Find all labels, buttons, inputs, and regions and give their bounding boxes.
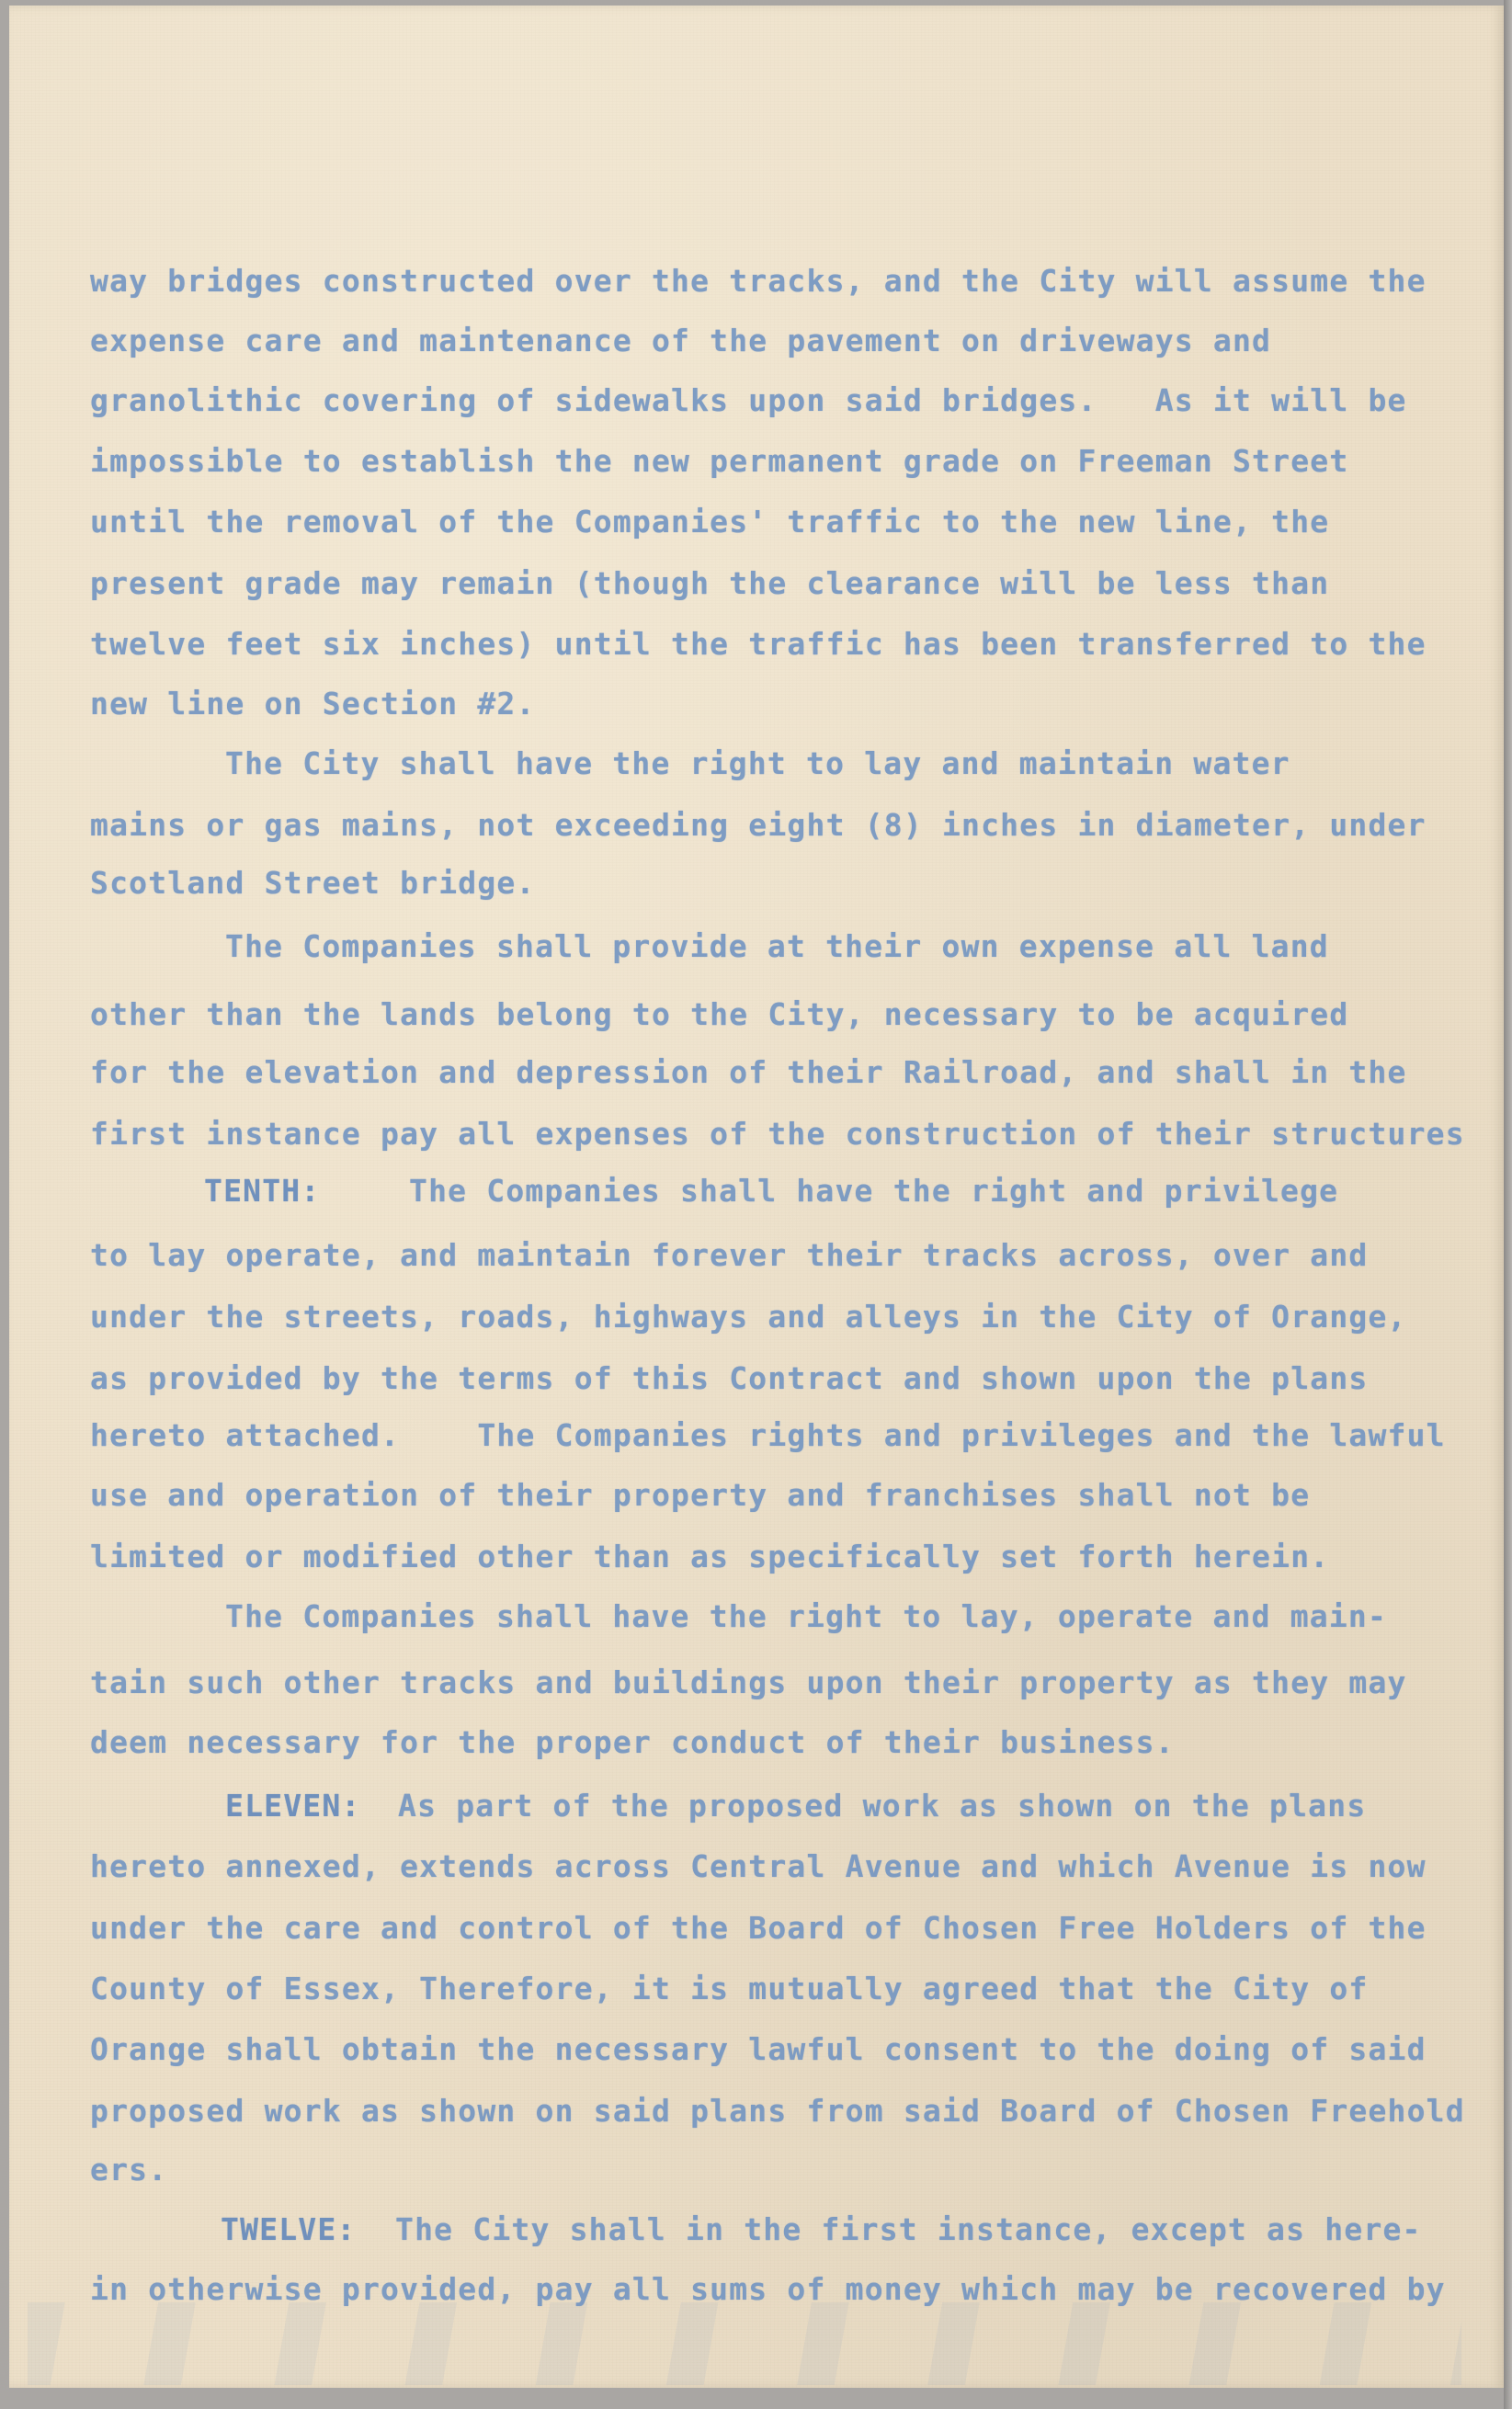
text-line: expense care and maintenance of the pave… <box>90 323 1271 359</box>
section-heading-eleven: ELEVEN: <box>225 1788 360 1824</box>
page-edge <box>1504 0 1512 2409</box>
text-line: The Companies shall have the right to la… <box>225 1598 1387 1635</box>
text-line: hereto annexed, extends across Central A… <box>90 1848 1427 1885</box>
text-line: under the care and control of the Board … <box>90 1910 1427 1947</box>
text-line: first instance pay all expenses of the c… <box>90 1116 1465 1153</box>
text-line: new line on Section #2. <box>90 686 536 722</box>
text-line: under the streets, roads, highways and a… <box>90 1299 1407 1335</box>
text-line: impossible to establish the new permanen… <box>90 443 1348 480</box>
text-line: The Companies shall provide at their own… <box>225 928 1329 965</box>
text-line: twelve feet six inches) until the traffi… <box>90 626 1427 663</box>
text-line: proposed work as shown on said plans fro… <box>90 2093 1465 2130</box>
text-line: as provided by the terms of this Contrac… <box>90 1360 1368 1397</box>
text-line: other than the lands belong to the City,… <box>90 996 1348 1033</box>
text-line: County of Essex, Therefore, it is mutual… <box>90 1971 1368 2007</box>
bleed-through-marks <box>28 2302 1461 2385</box>
text-line: way bridges constructed over the tracks,… <box>90 263 1427 300</box>
text-line: for the elevation and depression of thei… <box>90 1054 1407 1091</box>
text-line: mains or gas mains, not exceeding eight … <box>90 807 1427 844</box>
text-line: The Companies shall have the right and p… <box>409 1173 1338 1210</box>
text-line: until the removal of the Companies' traf… <box>90 504 1329 540</box>
text-line: As part of the proposed work as shown on… <box>398 1788 1366 1824</box>
text-line: ers. <box>90 2152 167 2188</box>
text-line: The City shall have the right to lay and… <box>225 745 1290 782</box>
section-heading-tenth: TENTH: <box>204 1173 320 1210</box>
text-line: limited or modified other than as specif… <box>90 1539 1329 1575</box>
text-line: Scotland Street bridge. <box>90 865 536 902</box>
text-line: granolithic covering of sidewalks upon s… <box>90 382 1407 419</box>
text-line: tain such other tracks and buildings upo… <box>90 1665 1407 1701</box>
text-line: The City shall in the first instance, ex… <box>395 2211 1422 2248</box>
text-line: present grade may remain (though the cle… <box>90 565 1329 602</box>
text-line: Orange shall obtain the necessary lawful… <box>90 2031 1427 2068</box>
text-line: deem necessary for the proper conduct of… <box>90 1724 1175 1761</box>
section-heading-twelve: TWELVE: <box>221 2211 356 2248</box>
text-line: hereto attached. The Companies rights an… <box>90 1417 1446 1454</box>
text-line: to lay operate, and maintain forever the… <box>90 1237 1368 1274</box>
text-line: use and operation of their property and … <box>90 1477 1310 1514</box>
